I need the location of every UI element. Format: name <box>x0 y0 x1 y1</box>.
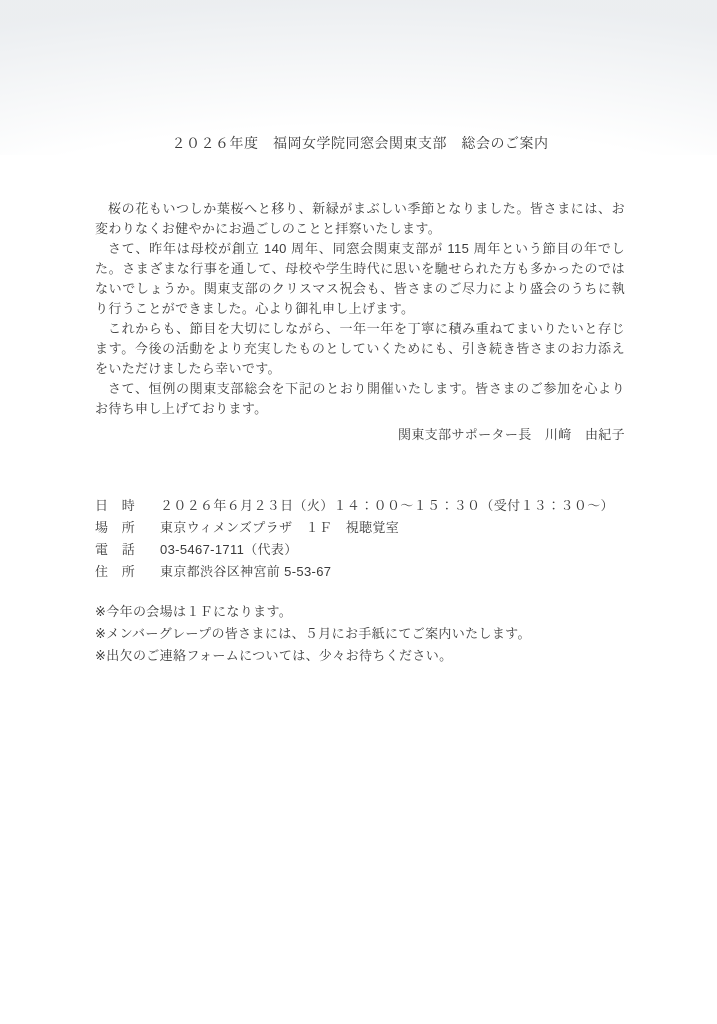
note-item: ※メンバーグレープの皆さまには、５月にお手紙にてご案内いたします。 <box>95 623 625 645</box>
letter-body: 桜の花もいつしか葉桜へと移り、新緑がまぶしい季節となりました。皆さまには、お変わ… <box>95 199 625 419</box>
detail-value-place: 東京ウィメンズプラザ １Ｆ 視聴覚室 <box>160 517 399 539</box>
signature-line: 関東支部サポーター長 川﨑 由紀子 <box>95 425 625 445</box>
detail-value-datetime: ２０２６年６月２３日（火）１４：００～１５：３０（受付１３：３０～） <box>160 495 614 517</box>
detail-label-phone: 電 話 <box>95 539 160 561</box>
detail-row-datetime: 日 時 ２０２６年６月２３日（火）１４：００～１５：３０（受付１３：３０～） <box>95 495 625 517</box>
detail-row-place: 場 所 東京ウィメンズプラザ １Ｆ 視聴覚室 <box>95 517 625 539</box>
note-item: ※出欠のご連絡フォームについては、少々お待ちください。 <box>95 645 625 667</box>
document-title: ２０２６年度 福岡女学院同窓会関東支部 総会のご案内 <box>95 133 625 153</box>
notes-section: ※今年の会場は１Ｆになります。 ※メンバーグレープの皆さまには、５月にお手紙にて… <box>95 601 625 667</box>
detail-value-address: 東京都渋谷区神宮前 5-53-67 <box>160 561 331 583</box>
body-paragraph: さて、昨年は母校が創立 140 周年、同窓会関東支部が 115 周年という節目の… <box>95 239 625 319</box>
detail-label-address: 住 所 <box>95 561 160 583</box>
document-page: ２０２６年度 福岡女学院同窓会関東支部 総会のご案内 桜の花もいつしか葉桜へと移… <box>0 0 717 1024</box>
scan-shading <box>0 0 717 155</box>
body-paragraph: さて、恒例の関東支部総会を下記のとおり開催いたします。皆さまのご参加を心よりお待… <box>95 379 625 419</box>
event-details: 日 時 ２０２６年６月２３日（火）１４：００～１５：３０（受付１３：３０～） 場… <box>95 495 625 583</box>
detail-row-phone: 電 話 03-5467-1711（代表） <box>95 539 625 561</box>
detail-value-phone: 03-5467-1711（代表） <box>160 539 298 561</box>
detail-label-datetime: 日 時 <box>95 495 160 517</box>
detail-label-place: 場 所 <box>95 517 160 539</box>
detail-row-address: 住 所 東京都渋谷区神宮前 5-53-67 <box>95 561 625 583</box>
letter-content: ２０２６年度 福岡女学院同窓会関東支部 総会のご案内 桜の花もいつしか葉桜へと移… <box>95 133 625 667</box>
body-paragraph: これからも、節目を大切にしながら、一年一年を丁寧に積み重ねてまいりたいと存じます… <box>95 319 625 379</box>
note-item: ※今年の会場は１Ｆになります。 <box>95 601 625 623</box>
body-paragraph: 桜の花もいつしか葉桜へと移り、新緑がまぶしい季節となりました。皆さまには、お変わ… <box>95 199 625 239</box>
